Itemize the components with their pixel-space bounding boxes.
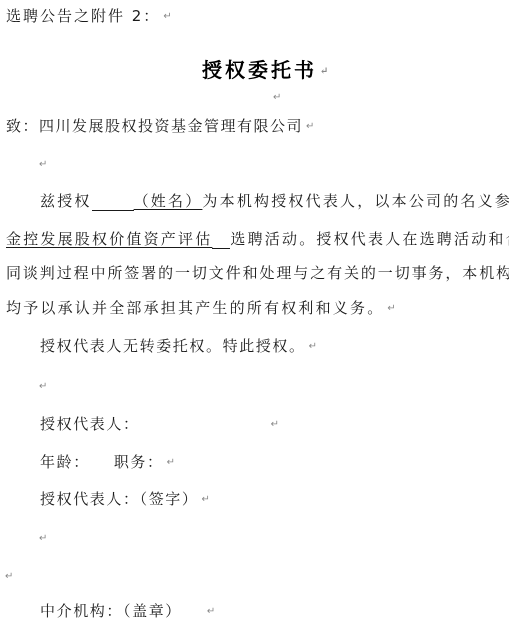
paragraph-mark-icon: ↵ xyxy=(306,121,314,132)
paragraph-mark-icon: ↵ xyxy=(387,303,395,314)
attachment-header: 选聘公告之附件 2：↵ xyxy=(6,6,172,27)
empty-paragraph: ↵ xyxy=(2,566,13,587)
empty-paragraph: ↵ xyxy=(36,376,47,397)
paragraph-mark-icon: ↵ xyxy=(39,159,47,170)
body-text: 兹授权 xyxy=(40,192,92,210)
signature-field: 授权代表人：（签字）↵ xyxy=(40,489,210,510)
paragraph-mark-icon: ↵ xyxy=(5,571,13,582)
representative-field: 授权代表人：↵ xyxy=(40,414,279,435)
name-placeholder: （姓名） xyxy=(134,192,203,210)
addressee-text: 致：四川发展股权投资基金管理有限公司 xyxy=(6,117,303,135)
paragraph-mark-icon: ↵ xyxy=(163,11,171,22)
body-line-2: 金控发展股权价值资产评估选聘活动。授权代表人在选聘活动和合 xyxy=(6,229,509,249)
position-label: 职务： xyxy=(114,453,164,471)
body-line-3: 同谈判过程中所签署的一切文件和处理与之有关的一切事务，本机构 xyxy=(6,263,509,283)
body-text: 授权代表人无转委托权。特此授权。 xyxy=(40,337,306,355)
document-title: 授权委托书↵ xyxy=(202,60,328,82)
attachment-header-text: 选聘公告之附件 2： xyxy=(6,7,160,25)
paragraph-mark-icon: ↵ xyxy=(39,533,47,544)
body-line-4: 均予以承认并全部承担其产生的所有权利和义务。↵ xyxy=(6,298,396,319)
signature-label: 授权代表人：（签字） xyxy=(40,490,199,508)
empty-paragraph: ↵ xyxy=(36,528,47,549)
body-text: 同谈判过程中所签署的一切文件和处理与之有关的一切事务，本机构 xyxy=(6,264,509,282)
paragraph-mark-icon: ↵ xyxy=(320,66,328,77)
paragraph-mark-icon: ↵ xyxy=(39,381,47,392)
project-blank-field[interactable] xyxy=(212,232,230,249)
empty-paragraph: ↵ xyxy=(270,87,281,108)
paragraph-mark-icon: ↵ xyxy=(167,457,175,468)
paragraph-mark-icon: ↵ xyxy=(273,92,281,103)
age-label: 年龄： xyxy=(40,453,90,471)
body-line-1: 兹授权（姓名）为本机构授权代表人，以本公司的名义参加 xyxy=(40,191,509,211)
document-title-text: 授权委托书 xyxy=(202,58,317,82)
name-blank-field[interactable] xyxy=(92,194,134,211)
addressee-line: 致：四川发展股权投资基金管理有限公司↵ xyxy=(6,116,314,137)
paragraph-mark-icon: ↵ xyxy=(309,341,317,352)
body-text: 选聘活动。授权代表人在选聘活动和合 xyxy=(230,230,509,248)
body-line-5: 授权代表人无转委托权。特此授权。↵ xyxy=(40,336,317,357)
age-position-field: 年龄：职务：↵ xyxy=(40,452,175,473)
empty-paragraph: ↵ xyxy=(36,154,47,175)
paragraph-mark-icon: ↵ xyxy=(207,606,215,617)
paragraph-mark-icon: ↵ xyxy=(202,494,210,505)
representative-label: 授权代表人： xyxy=(40,415,140,433)
agency-seal-field: 中介机构：（盖章）↵ xyxy=(40,601,215,622)
body-text: 均予以承认并全部承担其产生的所有权利和义务。 xyxy=(6,299,384,317)
agency-label: 中介机构：（盖章） xyxy=(40,602,182,620)
body-text: 为本机构授权代表人，以本公司的名义参加 xyxy=(202,192,509,210)
paragraph-mark-icon: ↵ xyxy=(271,419,279,430)
project-name: 金控发展股权价值资产评估 xyxy=(6,230,212,248)
